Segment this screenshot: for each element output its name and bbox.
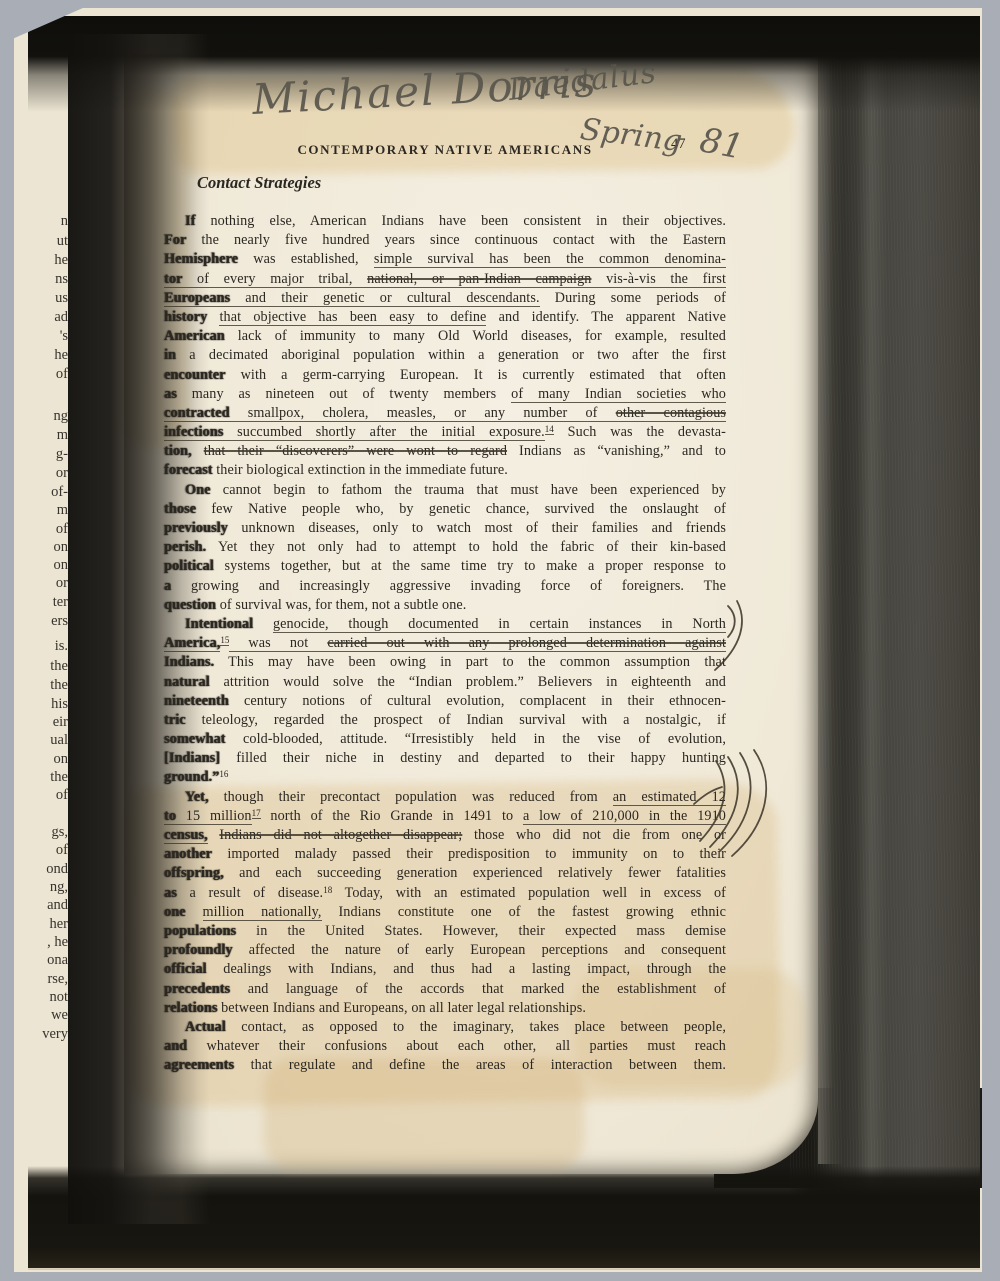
smudged-word: profoundly xyxy=(164,942,233,958)
text-line: and whatever their confusions about each… xyxy=(164,1037,726,1056)
text-line: America,15 was not carried out with any … xyxy=(164,634,726,653)
text-segment: cannot begin to fathom the trauma that m… xyxy=(211,482,726,498)
text-segment: a decimated aboriginal population within… xyxy=(176,347,726,363)
margin-fragment: not xyxy=(49,990,68,1005)
smudged-word: populations xyxy=(164,923,236,939)
text-segment: and their genetic or cultural descendant… xyxy=(230,290,540,307)
text-line: infections succumbed shortly after the i… xyxy=(164,423,726,442)
text-segment: of survival was, for them, not a subtle … xyxy=(216,597,466,613)
text-segment: many as nineteen out of twenty members xyxy=(177,386,511,402)
text-line: one million nationally, Indians constitu… xyxy=(164,903,726,922)
text-line: precedents and language of the accords t… xyxy=(164,980,726,999)
text-line: as a result of disease.18 Today, with an… xyxy=(164,884,726,903)
margin-fragment: and xyxy=(47,898,68,913)
text-segment: vis-à-vis the first xyxy=(591,271,726,288)
text-line: question of survival was, for them, not … xyxy=(164,596,726,615)
margin-fragment: n xyxy=(61,214,68,229)
text-line: perish. Yet they not only had to attempt… xyxy=(164,538,726,557)
margin-fragment: his xyxy=(51,697,68,712)
margin-fragment: we xyxy=(51,1008,68,1023)
text-line: Indians. This may have been owing in par… xyxy=(164,653,726,672)
smudged-word: previously xyxy=(164,520,228,536)
margin-fragment: rse, xyxy=(47,972,68,987)
text-segment: Indians constitute one of the fastest gr… xyxy=(322,904,726,920)
text-line: political systems together, but at the s… xyxy=(164,557,726,576)
text-line: Intentional genocide, though documented … xyxy=(164,615,726,634)
text-segment: the nearly five hundred years since cont… xyxy=(186,232,726,248)
smudged-word: If xyxy=(185,213,195,229)
margin-fragment: or xyxy=(56,576,68,591)
text-line: Europeans and their genetic or cultural … xyxy=(164,289,726,308)
text-line: tor of every major tribal, national, or … xyxy=(164,270,726,289)
smudged-word: tric xyxy=(164,712,186,728)
text-segment: national, or pan-Indian campaign xyxy=(367,271,591,288)
margin-fragment: or xyxy=(56,466,68,481)
margin-fragment: on xyxy=(54,752,69,767)
text-segment: of many Indian societies who xyxy=(511,386,726,403)
text-segment: This may have been owing in part to the … xyxy=(214,654,726,670)
text-segment: 14 xyxy=(545,424,554,435)
text-line: forecast their biological extinction in … xyxy=(164,461,726,480)
margin-fragment: of xyxy=(56,522,68,537)
text-line: to 15 million17 north of the Rio Grande … xyxy=(164,807,726,826)
smudged-word: Hemisphere xyxy=(164,251,238,267)
text-line: somewhat cold-blooded, attitude. “Irresi… xyxy=(164,730,726,749)
smudged-word: contracted xyxy=(164,405,230,422)
smudged-word: Actual xyxy=(185,1019,226,1035)
smudged-word: perish. xyxy=(164,539,206,555)
margin-fragment: very xyxy=(42,1027,68,1042)
text-segment: was established, xyxy=(238,251,374,267)
smudged-word: as xyxy=(164,885,177,901)
text-segment: systems together, but at the same time t… xyxy=(214,558,726,574)
text-line: tric teleology, regarded the prospect of… xyxy=(164,711,726,730)
text-segment: growing and increasingly aggressive inva… xyxy=(171,578,726,594)
pen-triple-curve-mark-icon xyxy=(692,748,786,862)
body-text: If nothing else, American Indians have b… xyxy=(164,212,726,1075)
text-segment: whatever their confusions about each oth… xyxy=(187,1038,726,1054)
text-segment: few Native people who, by genetic chance… xyxy=(196,501,726,517)
smudged-word: American xyxy=(164,328,225,344)
text-segment: simple survival has been the common deno… xyxy=(374,251,726,268)
margin-fragment: the xyxy=(50,770,68,785)
text-segment: a result of disease. xyxy=(177,885,323,901)
margin-fragment: ers xyxy=(51,614,68,629)
text-line: history that objective has been easy to … xyxy=(164,308,726,327)
text-segment: Such was the devasta- xyxy=(554,424,726,440)
text-line: profoundly affected the nature of early … xyxy=(164,941,726,960)
margin-fragment: ng xyxy=(54,409,69,424)
text-segment xyxy=(186,904,203,920)
text-segment xyxy=(192,443,204,459)
smudged-word: question xyxy=(164,597,216,613)
margin-fragment: ng, xyxy=(50,880,68,895)
text-segment: their biological extinction in the immed… xyxy=(213,462,508,478)
text-segment: dealings with Indians, and thus had a la… xyxy=(207,961,726,977)
smudged-word: somewhat xyxy=(164,731,226,747)
text-segment: affected the nature of early European pe… xyxy=(233,942,726,958)
scanned-page: nuthensusad'sheofngmg-orof-mofononortere… xyxy=(0,0,1000,1281)
text-line: populations in the United States. Howeve… xyxy=(164,922,726,941)
margin-fragment: ual xyxy=(50,733,68,748)
margin-fragment: 's xyxy=(60,329,68,344)
text-line: natural attrition would solve the “India… xyxy=(164,673,726,692)
smudged-word: ground.” xyxy=(164,769,219,785)
margin-fragment: he xyxy=(54,348,68,363)
text-line: tion, that their “discoverers” were wont… xyxy=(164,442,726,461)
text-line: [Indians] filled their niche in destiny … xyxy=(164,749,726,768)
smudged-word: census, xyxy=(164,827,208,844)
text-line: American lack of immunity to many Old Wo… xyxy=(164,327,726,346)
smudged-word: America, xyxy=(164,635,220,652)
smudged-word: infections xyxy=(164,424,223,441)
text-segment: Yet they not only had to attempt to hold… xyxy=(206,539,726,555)
photocopy-sheet: nuthensusad'sheofngmg-orof-mofononortere… xyxy=(14,8,982,1272)
text-line: ground.”16 xyxy=(164,768,726,787)
text-segment: million nationally, xyxy=(203,904,322,921)
text-segment: Today, with an estimated population well… xyxy=(332,885,726,901)
text-line: nineteenth century notions of cultural e… xyxy=(164,692,726,711)
text-segment: Indians did not altogether disappear; xyxy=(219,827,462,843)
text-segment: 15 xyxy=(220,635,229,646)
margin-fragment: he xyxy=(54,253,68,268)
text-segment: nothing else, American Indians have been… xyxy=(195,213,726,229)
text-segment: 16 xyxy=(219,769,228,779)
smudged-word: Intentional xyxy=(185,616,253,632)
margin-fragment: us xyxy=(55,291,68,306)
text-segment: with a germ-carrying European. It is cur… xyxy=(226,367,726,383)
text-segment: other contagious xyxy=(616,405,726,422)
text-segment: and language of the accords that marked … xyxy=(230,981,726,997)
page-edge-highlight xyxy=(818,54,844,1164)
margin-fragment: on xyxy=(54,540,69,555)
margin-fragment: the xyxy=(50,659,68,674)
margin-fragment: gs, xyxy=(51,825,68,840)
text-line: One cannot begin to fathom the trauma th… xyxy=(164,481,726,500)
smudged-word: one xyxy=(164,904,186,920)
smudged-word: nineteenth xyxy=(164,693,229,709)
text-line: Yet, though their precontact population … xyxy=(164,788,726,807)
margin-fragment: m xyxy=(57,503,68,518)
smudged-word: and xyxy=(164,1038,187,1054)
smudged-word: those xyxy=(164,501,196,517)
margin-fragment: of xyxy=(56,843,68,858)
text-segment: and each succeeding generation experienc… xyxy=(224,865,726,881)
text-segment: cold-blooded, attitude. “Irresistibly he… xyxy=(226,731,727,747)
smudged-word: One xyxy=(185,482,211,498)
text-line: as many as nineteen out of twenty member… xyxy=(164,385,726,404)
smudged-word: in xyxy=(164,347,176,363)
smudged-word: For xyxy=(164,232,186,248)
text-line: Hemisphere was established, simple survi… xyxy=(164,250,726,269)
text-segment: unknown diseases, only to watch most of … xyxy=(228,520,726,536)
smudged-word: [Indians] xyxy=(164,750,220,766)
margin-fragment: ter xyxy=(53,595,68,610)
margin-fragment: is. xyxy=(55,639,68,654)
smudged-word: to xyxy=(164,808,176,825)
text-segment: that objective has been easy to define xyxy=(219,309,486,326)
smudged-word: encounter xyxy=(164,367,226,383)
text-segment: During some periods of xyxy=(540,290,726,306)
smudged-word: Europeans xyxy=(164,290,230,307)
text-line: Actual contact, as opposed to the imagin… xyxy=(164,1018,726,1037)
text-segment: smallpox, cholera, measles, or any numbe… xyxy=(230,405,616,422)
smudged-word: natural xyxy=(164,674,210,690)
margin-fragment: of xyxy=(56,788,68,803)
text-segment: 18 xyxy=(323,885,332,895)
text-segment: in the United States. However, their exp… xyxy=(236,923,726,939)
handwritten-year: 81 xyxy=(697,120,747,168)
smudged-word: as xyxy=(164,386,177,402)
smudged-word: relations xyxy=(164,1000,217,1016)
margin-fragment: ad xyxy=(54,310,68,325)
text-segment xyxy=(207,309,219,325)
text-segment: though their precontact population was r… xyxy=(209,789,613,805)
margin-fragment: eir xyxy=(53,715,68,730)
smudged-word: another xyxy=(164,846,212,862)
margin-fragment: of- xyxy=(51,485,68,500)
smudged-word: official xyxy=(164,961,207,977)
smudged-word: history xyxy=(164,309,207,325)
text-segment: succumbed shortly after the initial expo… xyxy=(223,424,544,441)
text-segment: between Indians and Europeans, on all la… xyxy=(217,1000,586,1016)
text-segment: 17 xyxy=(252,808,261,819)
text-line: official dealings with Indians, and thus… xyxy=(164,960,726,979)
margin-fragment: her xyxy=(49,917,68,932)
pen-curve-mark-icon xyxy=(700,598,746,674)
text-segment: genocide, though documented in certain i… xyxy=(273,616,726,633)
text-segment: contact, as opposed to the imaginary, ta… xyxy=(226,1019,726,1035)
text-segment: attrition would solve the “Indian proble… xyxy=(210,674,726,690)
margin-fragment: m xyxy=(57,428,68,443)
smudged-word: forecast xyxy=(164,462,213,478)
smudged-word: tion, xyxy=(164,443,192,459)
margin-fragment: of xyxy=(56,367,68,382)
text-segment: 15 million xyxy=(176,808,252,825)
smudged-word: offspring, xyxy=(164,865,224,881)
text-line: offspring, and each succeeding generatio… xyxy=(164,864,726,883)
margin-fragment: on xyxy=(54,558,69,573)
text-line: For the nearly five hundred years since … xyxy=(164,231,726,250)
text-line: If nothing else, American Indians have b… xyxy=(164,212,726,231)
text-segment: carried out with any prolonged determina… xyxy=(327,635,726,652)
margin-fragment: the xyxy=(50,678,68,693)
text-segment: Indians as “vanishing,” and to xyxy=(507,443,726,459)
text-segment: that regulate and define the areas of in… xyxy=(234,1057,726,1073)
text-segment: and identify. The apparent Native xyxy=(486,309,726,325)
text-line: relations between Indians and Europeans,… xyxy=(164,999,726,1018)
text-segment: of every major tribal, xyxy=(182,271,367,288)
margin-fragment: ns xyxy=(55,272,68,287)
smudged-word: agreements xyxy=(164,1057,234,1073)
smudged-word: Yet, xyxy=(185,789,209,805)
text-line: agreements that regulate and define the … xyxy=(164,1056,726,1075)
text-segment: was not xyxy=(229,635,327,652)
margin-fragment: ond xyxy=(46,862,68,877)
text-segment: that their “discoverers” were wont to re… xyxy=(204,443,507,459)
text-line: census, Indians did not altogether disap… xyxy=(164,826,726,845)
text-segment: imported malady passed their predisposit… xyxy=(212,846,726,862)
text-line: another imported malady passed their pre… xyxy=(164,845,726,864)
text-segment: north of the Rio Grande in 1491 to xyxy=(261,808,523,824)
smudged-word: Indians. xyxy=(164,654,214,670)
text-segment: filled their niche in destiny and depart… xyxy=(220,750,726,766)
text-segment: teleology, regarded the prospect of Indi… xyxy=(186,712,726,728)
smudged-word: tor xyxy=(164,271,182,288)
text-segment xyxy=(253,616,273,632)
smudged-word: precedents xyxy=(164,981,230,997)
text-line: encounter with a germ-carrying European.… xyxy=(164,366,726,385)
text-segment xyxy=(208,827,220,843)
text-line: in a decimated aboriginal population wit… xyxy=(164,346,726,365)
text-segment: century notions of cultural evolution, c… xyxy=(229,693,726,709)
text-line: those few Native people who, by genetic … xyxy=(164,500,726,519)
section-title: Contact Strategies xyxy=(197,173,321,193)
text-segment: those who did not die from one or xyxy=(462,827,726,843)
margin-fragment: ona xyxy=(47,953,68,968)
text-line: previously unknown diseases, only to wat… xyxy=(164,519,726,538)
margin-fragment: , he xyxy=(47,935,68,950)
text-segment: lack of immunity to many Old World disea… xyxy=(225,328,726,344)
text-line: a growing and increasingly aggressive in… xyxy=(164,577,726,596)
text-line: contracted smallpox, cholera, measles, o… xyxy=(164,404,726,423)
smudged-word: political xyxy=(164,558,214,574)
margin-fragment: ut xyxy=(57,234,68,249)
page-edge-highlight-outer xyxy=(857,48,887,1238)
margin-fragment: g- xyxy=(56,447,68,462)
margin-fragments: nuthensusad'sheofngmg-orof-mofononortere… xyxy=(30,8,68,1272)
